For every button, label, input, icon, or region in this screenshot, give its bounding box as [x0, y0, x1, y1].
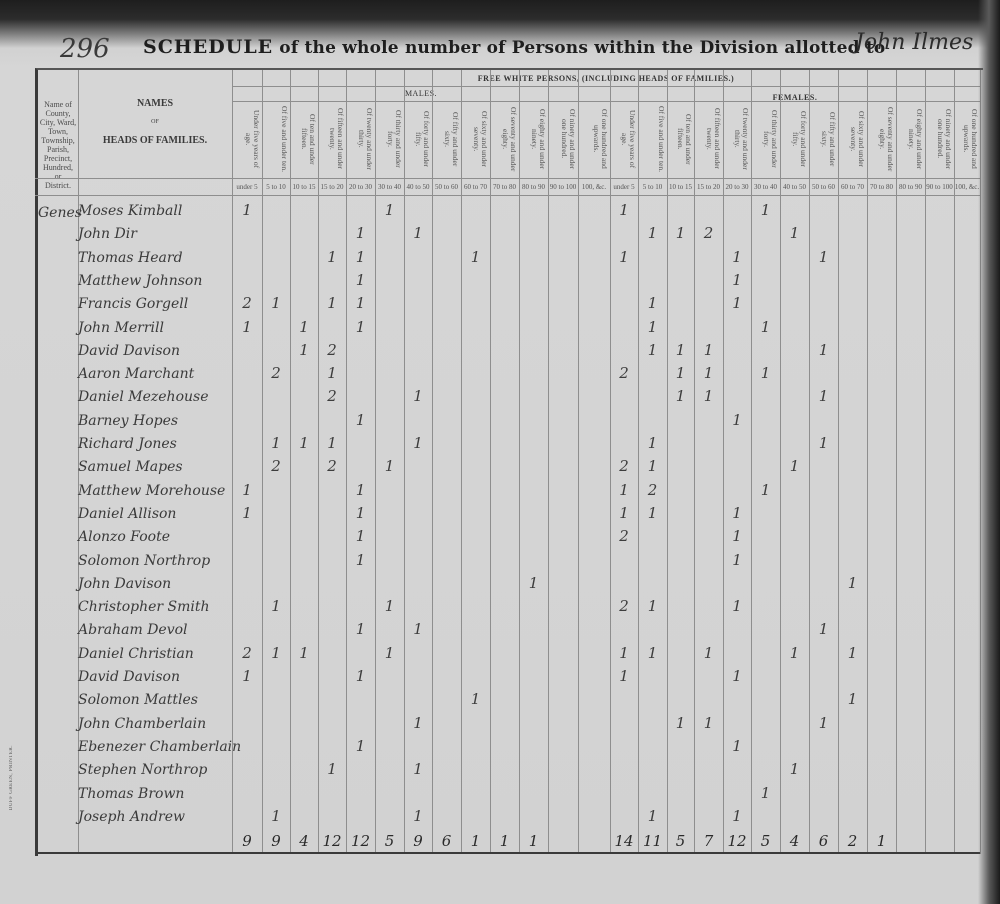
male-column-range: under 5 — [232, 183, 262, 191]
male-column-desc: Of fifty and under sixty. — [434, 104, 459, 174]
head-of-family-name: John Chamberlain — [78, 716, 206, 732]
male-count: 1 — [291, 644, 317, 662]
male-count: 2 — [319, 387, 345, 405]
names-header-line1: NAMES — [80, 98, 230, 109]
male-total: 1 — [521, 832, 547, 850]
male-column-range: 60 to 70 — [461, 183, 490, 191]
female-total: 5 — [668, 832, 694, 850]
male-count: 2 — [319, 341, 345, 359]
male-count: 1 — [405, 434, 431, 452]
names-header-line3: HEADS OF FAMILIES. — [80, 135, 230, 146]
female-count: 1 — [696, 387, 722, 405]
page-title: SCHEDULE of the whole number of Persons … — [143, 36, 885, 58]
male-total: 9 — [234, 832, 260, 850]
head-of-family-name: Daniel Mezehouse — [78, 389, 209, 405]
female-count: 1 — [724, 248, 750, 266]
male-count: 1 — [291, 341, 317, 359]
male-count: 1 — [348, 271, 374, 289]
female-count: 1 — [611, 644, 637, 662]
female-total: 7 — [696, 832, 722, 850]
head-of-family-name: John Dir — [78, 226, 137, 242]
head-of-family-name: David Davison — [78, 669, 180, 685]
male-count: 1 — [319, 364, 345, 382]
male-count: 1 — [405, 224, 431, 242]
county-label-line: Precinct, — [38, 154, 78, 163]
head-of-family-name: Alonzo Foote — [78, 529, 170, 545]
head-of-family-name: Thomas Brown — [78, 786, 184, 802]
male-count: 2 — [319, 457, 345, 475]
female-column-desc: Of fifteen and under twenty. — [696, 104, 721, 174]
female-count: 1 — [811, 714, 837, 732]
female-count: 1 — [696, 714, 722, 732]
male-column-range: 30 to 40 — [375, 183, 404, 191]
male-column-desc: Of twenty and under thirty. — [348, 104, 373, 174]
male-count: 1 — [405, 760, 431, 778]
male-count: 1 — [463, 248, 489, 266]
female-count: 1 — [640, 224, 666, 242]
male-column-range: 5 to 10 — [262, 183, 290, 191]
male-count: 1 — [377, 597, 403, 615]
male-count: 1 — [291, 434, 317, 452]
female-column-desc: Under five years of age. — [612, 104, 636, 174]
male-column-desc: Of seventy and under eighty. — [492, 104, 517, 174]
head-of-family-name: Solomon Northrop — [78, 553, 210, 569]
female-total: 12 — [724, 832, 750, 850]
female-count: 1 — [724, 597, 750, 615]
male-count: 1 — [377, 457, 403, 475]
female-column-desc: Of fifty and under sixty. — [811, 104, 836, 174]
male-count: 1 — [348, 551, 374, 569]
female-count: 1 — [724, 271, 750, 289]
female-column-range: 40 to 50 — [780, 183, 809, 191]
male-count: 1 — [348, 504, 374, 522]
female-count: 1 — [696, 341, 722, 359]
male-count: 1 — [263, 597, 289, 615]
male-column-range: 40 to 50 — [404, 183, 432, 191]
female-count: 1 — [782, 760, 808, 778]
female-count: 1 — [640, 807, 666, 825]
male-count: 2 — [234, 644, 260, 662]
female-count: 1 — [640, 457, 666, 475]
female-column-desc: Of one hundred and upwards. — [956, 104, 978, 174]
head-of-family-name: Barney Hopes — [78, 413, 178, 429]
male-column-desc: Of ninety and under one hundred. — [550, 104, 576, 174]
female-count: 2 — [696, 224, 722, 242]
female-column-desc: Of thirty and under forty. — [753, 104, 778, 174]
female-count: 1 — [640, 318, 666, 336]
head-of-family-name: David Davison — [78, 343, 180, 359]
female-column-range: 5 to 10 — [638, 183, 667, 191]
head-of-family-name: Daniel Allison — [78, 506, 176, 522]
female-column-range: 20 to 30 — [723, 183, 751, 191]
male-total: 1 — [463, 832, 489, 850]
female-column-desc: Of forty and under fifty. — [782, 104, 807, 174]
female-count: 1 — [640, 294, 666, 312]
female-count: 2 — [611, 597, 637, 615]
female-count: 1 — [724, 667, 750, 685]
male-count: 1 — [348, 620, 374, 638]
male-count: 1 — [263, 807, 289, 825]
page-number: 296 — [60, 34, 110, 64]
female-count: 2 — [611, 364, 637, 382]
head-of-family-name: Solomon Mattles — [78, 692, 198, 708]
male-count: 1 — [348, 527, 374, 545]
names-header-line2: OF — [80, 119, 230, 125]
county-column-header: Name ofCounty,City, Ward,Town,Township,P… — [38, 100, 78, 190]
female-count: 1 — [811, 434, 837, 452]
female-count: 1 — [611, 667, 637, 685]
male-count: 1 — [319, 434, 345, 452]
female-count: 1 — [611, 201, 637, 219]
female-column-range: 100, &c. — [954, 183, 980, 191]
male-column-range: 80 to 90 — [519, 183, 548, 191]
female-count: 1 — [811, 248, 837, 266]
male-total: 9 — [405, 832, 431, 850]
male-column-range: 70 to 80 — [490, 183, 519, 191]
male-total: 6 — [434, 832, 460, 850]
male-count: 1 — [463, 690, 489, 708]
head-of-family-name: Moses Kimball — [78, 203, 182, 219]
male-count: 1 — [521, 574, 547, 592]
scan-right-shadow — [978, 0, 1000, 904]
female-count: 1 — [640, 597, 666, 615]
names-column-header: NAMES OF HEADS OF FAMILIES. — [80, 98, 230, 146]
male-count: 1 — [263, 434, 289, 452]
head-of-family-name: Francis Gorgell — [78, 296, 188, 312]
female-count: 1 — [724, 294, 750, 312]
enumerator-signature: John Ilmes — [855, 30, 973, 55]
female-count: 1 — [640, 644, 666, 662]
female-column-desc: Of ninety and under one hundred. — [927, 104, 952, 174]
male-column-desc: Of thirty and under forty. — [377, 104, 402, 174]
male-count: 1 — [348, 737, 374, 755]
title-rest: of the whole number of Persons within th… — [279, 38, 885, 58]
male-total: 5 — [377, 832, 403, 850]
title-lead: SCHEDULE — [143, 36, 273, 58]
female-column-desc: Of ten and under fifteen. — [669, 104, 692, 174]
head-of-family-name: John Merrill — [78, 320, 164, 336]
female-count: 1 — [724, 504, 750, 522]
county-label-line: Township, — [38, 136, 78, 145]
male-count: 1 — [405, 387, 431, 405]
female-column-range: 70 to 80 — [867, 183, 896, 191]
male-count: 1 — [348, 294, 374, 312]
male-count: 1 — [405, 714, 431, 732]
male-count: 1 — [377, 644, 403, 662]
male-count: 2 — [263, 457, 289, 475]
male-count: 1 — [234, 481, 260, 499]
female-column-desc: Of twenty and under thirty. — [725, 104, 749, 174]
female-count: 1 — [640, 504, 666, 522]
female-count: 1 — [811, 387, 837, 405]
female-count: 1 — [782, 644, 808, 662]
county-label-line: Name of — [38, 100, 78, 109]
male-column-desc: Of forty and under fifty. — [406, 104, 430, 174]
female-total: 1 — [869, 832, 895, 850]
female-count: 1 — [840, 644, 866, 662]
male-column-range: 10 to 15 — [290, 183, 318, 191]
female-count: 1 — [753, 364, 779, 382]
totals-rule — [35, 852, 980, 854]
female-count: 2 — [611, 527, 637, 545]
male-count: 1 — [319, 248, 345, 266]
female-count: 1 — [753, 481, 779, 499]
male-total: 9 — [263, 832, 289, 850]
female-count: 1 — [668, 341, 694, 359]
county-label-line: Town, — [38, 127, 78, 136]
female-count: 2 — [640, 481, 666, 499]
female-count: 1 — [696, 644, 722, 662]
female-count: 1 — [811, 620, 837, 638]
head-of-family-name: Matthew Johnson — [78, 273, 202, 289]
header-rule — [232, 86, 980, 87]
male-count: 1 — [234, 318, 260, 336]
male-column-desc: Of fifteen and under twenty. — [320, 104, 344, 174]
female-count: 1 — [840, 574, 866, 592]
female-column-range: 15 to 20 — [694, 183, 723, 191]
male-count: 1 — [291, 318, 317, 336]
male-column-desc: Of sixty and under seventy. — [463, 104, 488, 174]
head-of-family-name: Daniel Christian — [78, 646, 194, 662]
males-header: MALES. — [232, 89, 610, 98]
header-rule — [232, 101, 980, 102]
female-count: 1 — [724, 527, 750, 545]
head-of-family-name: Thomas Heard — [78, 250, 183, 266]
header-rule — [35, 178, 980, 179]
male-count: 1 — [234, 504, 260, 522]
county-value: Genes — [38, 205, 82, 221]
female-count: 1 — [782, 457, 808, 475]
male-count: 1 — [348, 481, 374, 499]
female-total: 2 — [840, 832, 866, 850]
female-count: 1 — [753, 318, 779, 336]
male-column-desc: Of ten and under fifteen. — [292, 104, 316, 174]
male-total: 4 — [291, 832, 317, 850]
female-count: 1 — [668, 714, 694, 732]
female-column-desc: Of five and under ten. — [640, 104, 665, 174]
male-column-range: 15 to 20 — [318, 183, 346, 191]
female-column-range: 30 to 40 — [751, 183, 780, 191]
female-count: 1 — [724, 737, 750, 755]
male-count: 2 — [263, 364, 289, 382]
female-column-desc: Of eighty and under ninety. — [898, 104, 923, 174]
female-count: 1 — [611, 504, 637, 522]
head-of-family-name: Richard Jones — [78, 436, 177, 452]
county-label-line: City, Ward, — [38, 118, 78, 127]
female-column-range: 10 to 15 — [667, 183, 694, 191]
male-count: 1 — [405, 807, 431, 825]
female-column-desc: Of sixty and under seventy. — [840, 104, 865, 174]
female-count: 1 — [611, 248, 637, 266]
female-count: 1 — [611, 481, 637, 499]
female-total: 14 — [611, 832, 637, 850]
female-count: 1 — [668, 387, 694, 405]
male-count: 1 — [319, 294, 345, 312]
male-column-range: 100, &c. — [578, 183, 610, 191]
male-count: 1 — [405, 620, 431, 638]
head-of-family-name: Joseph Andrew — [78, 809, 185, 825]
female-count: 1 — [668, 224, 694, 242]
county-label-line: or — [38, 172, 78, 181]
county-label-line: Hundred, — [38, 163, 78, 172]
female-column-range: 90 to 100 — [925, 183, 954, 191]
female-column-range: 50 to 60 — [809, 183, 838, 191]
female-column-desc: Of seventy and under eighty. — [869, 104, 894, 174]
male-column-range: 90 to 100 — [548, 183, 578, 191]
male-count: 1 — [348, 318, 374, 336]
male-count: 1 — [234, 667, 260, 685]
county-label-line: Parish, — [38, 145, 78, 154]
male-count: 1 — [319, 760, 345, 778]
header-rule — [35, 195, 980, 196]
male-column-range: 20 to 30 — [346, 183, 375, 191]
male-total: 12 — [319, 832, 345, 850]
female-column-range: 60 to 70 — [838, 183, 867, 191]
female-count: 1 — [753, 784, 779, 802]
male-count: 1 — [348, 224, 374, 242]
male-count: 1 — [348, 411, 374, 429]
male-count: 1 — [263, 294, 289, 312]
female-count: 1 — [753, 201, 779, 219]
male-column-desc: Of one hundred and upwards. — [580, 104, 608, 174]
female-total: 5 — [753, 832, 779, 850]
male-total: 12 — [348, 832, 374, 850]
female-count: 1 — [724, 551, 750, 569]
female-column-range: under 5 — [610, 183, 638, 191]
male-count: 1 — [377, 201, 403, 219]
female-count: 1 — [696, 364, 722, 382]
female-total: 6 — [811, 832, 837, 850]
head-of-family-name: Samuel Mapes — [78, 459, 183, 475]
female-count: 1 — [840, 690, 866, 708]
head-of-family-name: Aaron Marchant — [78, 366, 194, 382]
head-of-family-name: Abraham Devol — [78, 622, 188, 638]
head-of-family-name: John Davison — [78, 576, 171, 592]
female-count: 1 — [640, 434, 666, 452]
male-count: 1 — [348, 248, 374, 266]
female-column-range: 80 to 90 — [896, 183, 925, 191]
male-column-range: 50 to 60 — [432, 183, 461, 191]
head-of-family-name: Ebenezer Chamberlain — [78, 739, 241, 755]
head-of-family-name: Stephen Northrop — [78, 762, 207, 778]
female-count: 1 — [782, 224, 808, 242]
female-count: 1 — [640, 341, 666, 359]
male-count: 1 — [348, 667, 374, 685]
male-total: 1 — [492, 832, 518, 850]
female-count: 1 — [724, 807, 750, 825]
female-count: 2 — [611, 457, 637, 475]
female-total: 11 — [640, 832, 666, 850]
female-total: 4 — [782, 832, 808, 850]
female-count: 1 — [668, 364, 694, 382]
male-column-desc: Of five and under ten. — [264, 104, 288, 174]
county-label-line: County, — [38, 109, 78, 118]
male-count: 1 — [234, 201, 260, 219]
head-of-family-name: Christopher Smith — [78, 599, 210, 615]
male-column-desc: Of eighty and under ninety. — [521, 104, 546, 174]
head-of-family-name: Matthew Morehouse — [78, 483, 225, 499]
male-count: 1 — [263, 644, 289, 662]
female-count: 1 — [724, 411, 750, 429]
printer-credit: DUFF GREEN, PRINTER. — [9, 745, 14, 810]
male-column-desc: Under five years of age. — [234, 104, 260, 174]
female-count: 1 — [811, 341, 837, 359]
male-count: 2 — [234, 294, 260, 312]
county-label-line: District. — [38, 181, 78, 190]
